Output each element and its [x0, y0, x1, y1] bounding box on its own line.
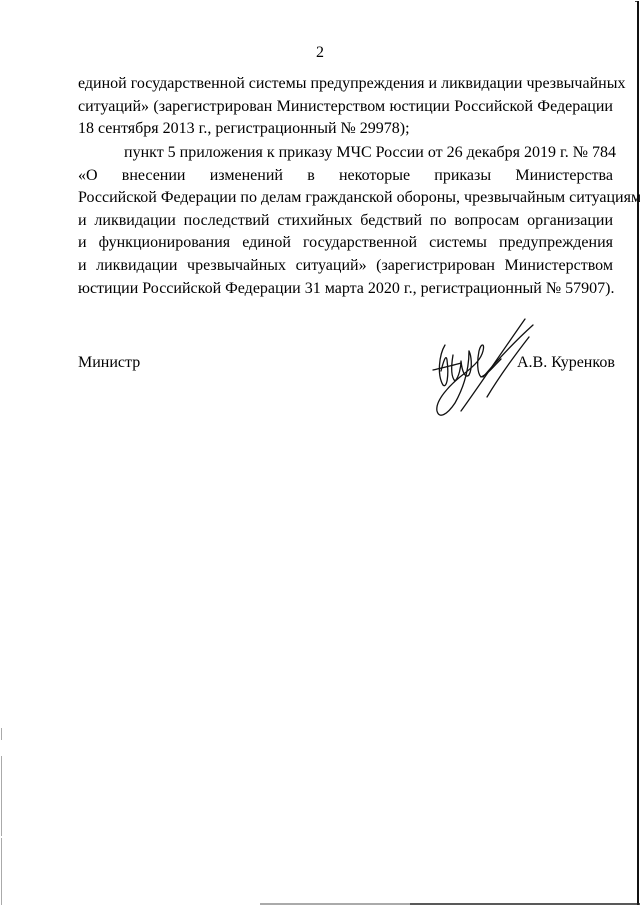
scan-edge-left — [1, 838, 2, 905]
text-line: и функционирования единой государственно… — [78, 232, 613, 255]
text-line: единой государственной системы предупреж… — [78, 73, 613, 96]
text-line: «О внесении изменений в некоторые приказ… — [78, 165, 613, 188]
text-line: Российской Федерации по делам гражданско… — [78, 187, 613, 210]
text-line: пункт 5 приложения к приказу МЧС России … — [78, 142, 613, 165]
scan-edge-right — [637, 1, 639, 905]
signatory-title: Министр — [78, 354, 140, 372]
text-line: и ликвидации последствий стихийных бедст… — [78, 210, 613, 233]
text-line: 18 сентября 2013 г., регистрационный № 2… — [78, 118, 613, 141]
scan-edge-left — [1, 756, 2, 836]
text-line: ситуаций» (зарегистрирован Министерством… — [78, 96, 613, 119]
page-number: 2 — [0, 44, 640, 62]
signatory-name: А.В. Куренков — [517, 354, 615, 372]
document-page: 2 единой государственной системы предупр… — [0, 0, 640, 905]
scan-edge-left — [1, 728, 2, 740]
text-line: и ликвидации чрезвычайных ситуаций» (зар… — [78, 255, 613, 278]
paragraph-item-5: пункт 5 приложения к приказу МЧС России … — [78, 142, 613, 300]
text-line: юстиции Российской Федерации 31 марта 20… — [78, 278, 613, 301]
paragraph-continuation: единой государственной системы предупреж… — [78, 73, 613, 141]
